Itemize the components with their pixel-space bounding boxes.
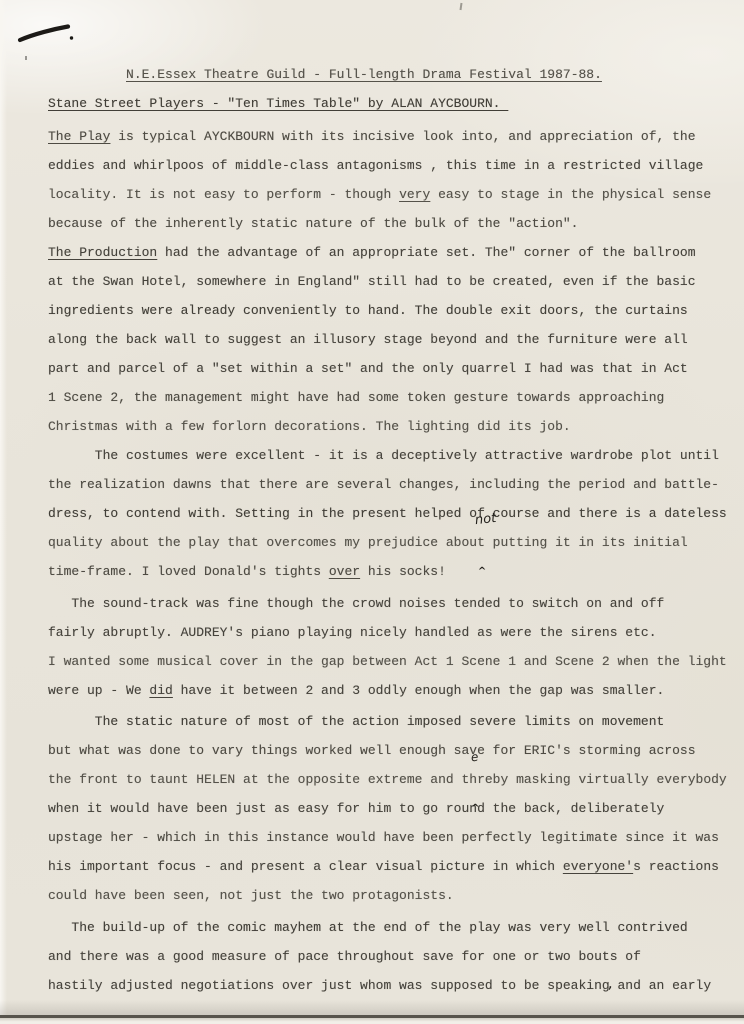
text-run: quality about the play that overcomes my… [48,535,485,550]
document-line: the front to taunt HELEN at the opposite… [48,765,744,794]
text-run: his important focus - and present a clea… [48,859,563,874]
scan-speck [460,3,463,10]
text-run: eddies and whirlpoos of middle-class ant… [48,158,703,173]
document-line: Christmas with a few forlorn decorations… [48,412,744,441]
text-run: 1 Scene 2, the management might have had… [48,390,664,405]
scanned-document-page: N.E.Essex Theatre Guild - Full-length Dr… [0,0,744,1024]
document-line: The Production had the advantage of an a… [48,238,744,267]
document-line: The static nature of most of the action … [48,707,744,736]
text-run: could have been seen, not just the two p… [48,888,454,903]
document-line: at the Swan Hotel, somewhere in England"… [48,267,744,296]
text-run: were up - We [48,683,149,698]
document-subtitle: Stane Street Players - "Ten Times Table"… [48,89,744,118]
document-line: could have been seen, not just the two p… [48,881,744,910]
text-run: The build-up of the comic mayhem at the … [48,920,688,935]
text-run: hastily adjusted negotiations over just … [48,978,610,993]
scan-left-edge-highlight [0,0,7,1024]
document-line: The costumes were excellent - it is a de… [48,441,744,470]
document-line: The sound-track was fine though the crow… [48,589,744,618]
text-run: the front to taunt HELEN at the opposite… [48,772,477,787]
document-line: ingredients were already conveniently to… [48,296,744,325]
document-line: The Play is typical AYCKBOURN with its i… [48,122,744,151]
document-line: and there was a good measure of pace thr… [48,942,744,971]
text-run: his socks! [360,564,446,579]
document-line: hastily adjusted negotiations over just … [48,971,744,1000]
document-line: fairly abruptly. AUDREY's piano playing … [48,618,744,647]
text-run: putting it in its initial [485,535,688,550]
text-run: had the advantage of an appropriate set.… [157,245,695,260]
text-run: reby masking virtually everybody [477,772,727,787]
text-run: Christmas with a few forlorn decorations… [48,419,571,434]
underlined-text: did [149,683,172,698]
document-line: the realization dawns that there are sev… [48,470,744,499]
document-line: dress, to contend with. Setting in the p… [48,499,744,528]
text-run: time-frame. I loved Donald's tights [48,564,329,579]
document-title: N.E.Essex Theatre Guild - Full-length Dr… [48,60,744,89]
document-line: his important focus - and present a clea… [48,852,744,881]
text-run: The sound-track was fine though the crow… [48,596,664,611]
underlined-text: The Production [48,245,157,260]
text-run: The costumes were excellent - it is a de… [48,448,719,463]
text-run: when it would have been just as easy for… [48,801,664,816]
text-run: the realization dawns that there are sev… [48,477,719,492]
text-run: because of the inherently static nature … [48,216,579,231]
document-line: eddies and whirlpoos of middle-class ant… [48,151,744,180]
text-run: I wanted some musical cover in the gap b… [48,654,727,669]
text-run: is typical AYCKBOURN with its incisive l… [110,129,695,144]
underlined-text: everyone' [563,859,633,874]
document-line: time-frame. I loved Donald's tights over… [48,557,744,586]
text-run: and an early [610,978,711,993]
document-line: but what was done to vary things worked … [48,736,744,765]
underlined-text: over [329,564,360,579]
text-run: have it between 2 and 3 oddly enough whe… [173,683,664,698]
document-line: The build-up of the comic mayhem at the … [48,913,744,942]
document-line: quality about the play that overcomes my… [48,528,744,557]
document-line: locality. It is not easy to perform - th… [48,180,744,209]
underlined-text: The Play [48,129,110,144]
page-bottom-shadow [0,1000,744,1015]
document-line: when it would have been just as easy for… [48,794,744,823]
document-line: along the back wall to suggest an illuso… [48,325,744,354]
underlined-text: Stane Street Players - "Ten Times Table"… [48,96,508,111]
text-run: part and parcel of a "set within a set" … [48,361,688,376]
document-line: I wanted some musical cover in the gap b… [48,647,744,676]
text-run: locality. It is not easy to perform - th… [48,187,399,202]
text-run [48,67,126,82]
document-line: because of the inherently static nature … [48,209,744,238]
scan-background-strip [0,1018,744,1024]
text-run: at the Swan Hotel, somewhere in England"… [48,274,696,289]
text-run: s reactions [633,859,719,874]
document-line: part and parcel of a "set within a set" … [48,354,744,383]
text-run: and there was a good measure of pace thr… [48,949,641,964]
underlined-text: N.E.Essex Theatre Guild - Full-length Dr… [126,67,602,82]
document-line: were up - We did have it between 2 and 3… [48,676,744,705]
text-run: easy to stage in the physical sense [430,187,711,202]
document-line: 1 Scene 2, the management might have had… [48,383,744,412]
underlined-text: very [399,187,430,202]
text-run: The static nature of most of the action … [48,714,664,729]
text-run: ingredients were already conveniently to… [48,303,688,318]
text-run: dress, to contend with. Setting in the p… [48,506,727,521]
text-run: along the back wall to suggest an illuso… [48,332,688,347]
text-run: upstage her - which in this instance wou… [48,830,719,845]
document-line: upstage her - which in this instance wou… [48,823,744,852]
document-body: N.E.Essex Theatre Guild - Full-length Dr… [48,60,744,1000]
text-run: but what was done to vary things worked … [48,743,696,758]
text-run: fairly abruptly. AUDREY's piano playing … [48,625,657,640]
